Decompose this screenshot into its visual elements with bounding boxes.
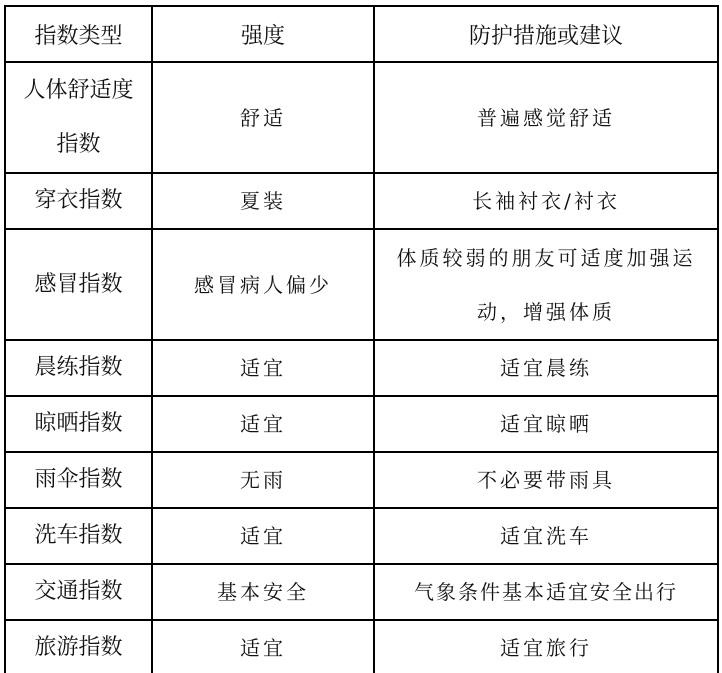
intensity-cell: 无雨 [152, 452, 374, 508]
index-type-cell: 感冒指数 [5, 229, 152, 340]
table-row: 晾晒指数 适宜 适宜晾晒 [5, 396, 718, 452]
intensity-cell: 感冒病人偏少 [152, 229, 374, 340]
table-row: 晨练指数 适宜 适宜晨练 [5, 340, 718, 396]
index-type-cell: 晨练指数 [5, 340, 152, 396]
header-intensity: 强度 [152, 6, 374, 62]
intensity-cell: 舒适 [152, 62, 374, 173]
advice-cell: 适宜晨练 [374, 340, 718, 396]
index-type-cell: 晾晒指数 [5, 396, 152, 452]
intensity-cell: 适宜 [152, 508, 374, 564]
intensity-cell: 适宜 [152, 340, 374, 396]
table-row: 旅游指数 适宜 适宜旅行 [5, 620, 718, 673]
advice-cell: 普遍感觉舒适 [374, 62, 718, 173]
intensity-cell: 适宜 [152, 396, 374, 452]
index-type-cell: 交通指数 [5, 564, 152, 620]
table-row: 感冒指数 感冒病人偏少 体质较弱的朋友可适度加强运动，增强体质 [5, 229, 718, 340]
table-header-row: 指数类型 强度 防护措施或建议 [5, 6, 718, 62]
index-type-cell: 人体舒适度指数 [5, 62, 152, 173]
intensity-cell: 适宜 [152, 620, 374, 673]
table-row: 雨伞指数 无雨 不必要带雨具 [5, 452, 718, 508]
table-row: 交通指数 基本安全 气象条件基本适宜安全出行 [5, 564, 718, 620]
intensity-cell: 基本安全 [152, 564, 374, 620]
table-row: 人体舒适度指数 舒适 普遍感觉舒适 [5, 62, 718, 173]
advice-cell: 体质较弱的朋友可适度加强运动，增强体质 [374, 229, 718, 340]
index-type-cell: 穿衣指数 [5, 173, 152, 229]
advice-cell: 气象条件基本适宜安全出行 [374, 564, 718, 620]
advice-cell: 适宜晾晒 [374, 396, 718, 452]
index-type-cell: 雨伞指数 [5, 452, 152, 508]
index-type-cell: 旅游指数 [5, 620, 152, 673]
index-type-cell: 洗车指数 [5, 508, 152, 564]
table-row: 穿衣指数 夏装 长袖衬衣/衬衣 [5, 173, 718, 229]
header-advice: 防护措施或建议 [374, 6, 718, 62]
table-row: 洗车指数 适宜 适宜洗车 [5, 508, 718, 564]
weather-index-table: 指数类型 强度 防护措施或建议 人体舒适度指数 舒适 普遍感觉舒适 穿衣指数 夏… [4, 5, 719, 673]
header-index-type: 指数类型 [5, 6, 152, 62]
advice-cell: 不必要带雨具 [374, 452, 718, 508]
advice-cell: 适宜旅行 [374, 620, 718, 673]
intensity-cell: 夏装 [152, 173, 374, 229]
advice-cell: 长袖衬衣/衬衣 [374, 173, 718, 229]
advice-cell: 适宜洗车 [374, 508, 718, 564]
